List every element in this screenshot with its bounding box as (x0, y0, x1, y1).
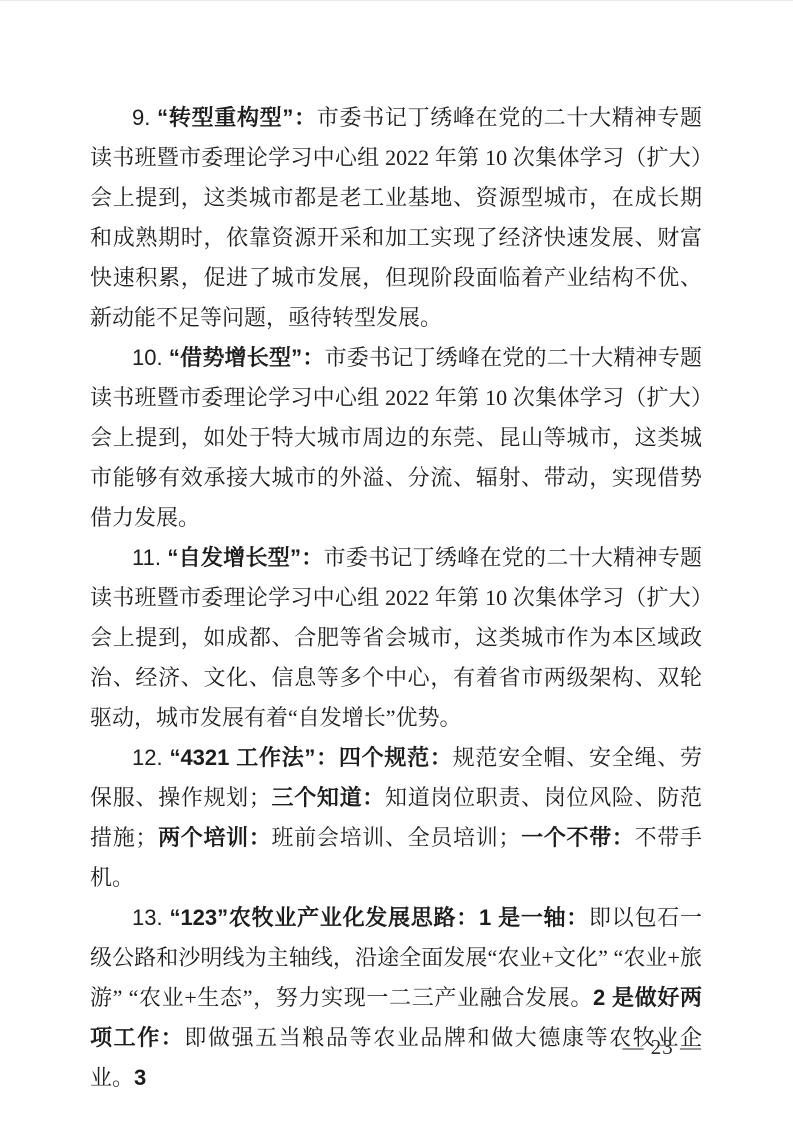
page-number-text: — 23 — (623, 1035, 703, 1059)
paragraph-10: 10. “借势增长型”：市委书记丁绣峰在党的二十大精神专题读书班暨市委理论学习中… (90, 338, 702, 538)
document-page: 9. “转型重构型”：市委书记丁绣峰在党的二十大精神专题读书班暨市委理论学习中心… (0, 0, 793, 1122)
list-number: 12. (132, 745, 169, 770)
list-number: 10. (132, 345, 169, 370)
body-text: 市委书记丁绣峰在党的二十大精神专题读书班暨市委理论学习中心组 2022 年第 1… (90, 345, 702, 530)
page-number: — 23 — (623, 1035, 703, 1059)
bold-term: 一个不带： (520, 825, 634, 850)
body-text: 市委书记丁绣峰在党的二十大精神专题读书班暨市委理论学习中心组 2022 年第 1… (90, 545, 702, 730)
bold-term: 3 (134, 1065, 146, 1090)
bold-term: 三个知道： (271, 785, 385, 810)
paragraph-11: 11. “自发增长型”：市委书记丁绣峰在党的二十大精神专题读书班暨市委理论学习中… (90, 538, 702, 738)
document-screenshot: { "page": { "background_color": "#ffffff… (0, 0, 793, 1122)
bold-term: “自发增长型”： (167, 545, 323, 570)
body-text: 班前会培训、全员培训； (272, 825, 521, 850)
bold-term: “借势增长型”： (169, 345, 325, 370)
paragraph-13: 13. “123”农牧业产业化发展思路：1 是一轴：即以包石一级公路和沙明线为主… (90, 898, 702, 1098)
list-number: 9. (132, 105, 157, 130)
paragraph-9: 9. “转型重构型”：市委书记丁绣峰在党的二十大精神专题读书班暨市委理论学习中心… (90, 98, 702, 338)
bold-term: “4321 工作法”： (169, 745, 338, 770)
bold-term: 四个规范： (339, 745, 453, 770)
bold-term: “123”农牧业产业化发展思路：1 是一轴： (169, 905, 589, 930)
list-number: 11. (132, 545, 167, 570)
paragraph-12: 12. “4321 工作法”：四个规范：规范安全帽、安全绳、劳保服、操作规划；三… (90, 738, 702, 898)
bold-term: “转型重构型”： (157, 105, 317, 130)
body-text: 市委书记丁绣峰在党的二十大精神专题读书班暨市委理论学习中心组 2022 年第 1… (90, 105, 702, 330)
document-body: 9. “转型重构型”：市委书记丁绣峰在党的二十大精神专题读书班暨市委理论学习中心… (90, 98, 702, 1098)
list-number: 13. (132, 905, 169, 930)
bold-term: 两个培训： (157, 825, 271, 850)
